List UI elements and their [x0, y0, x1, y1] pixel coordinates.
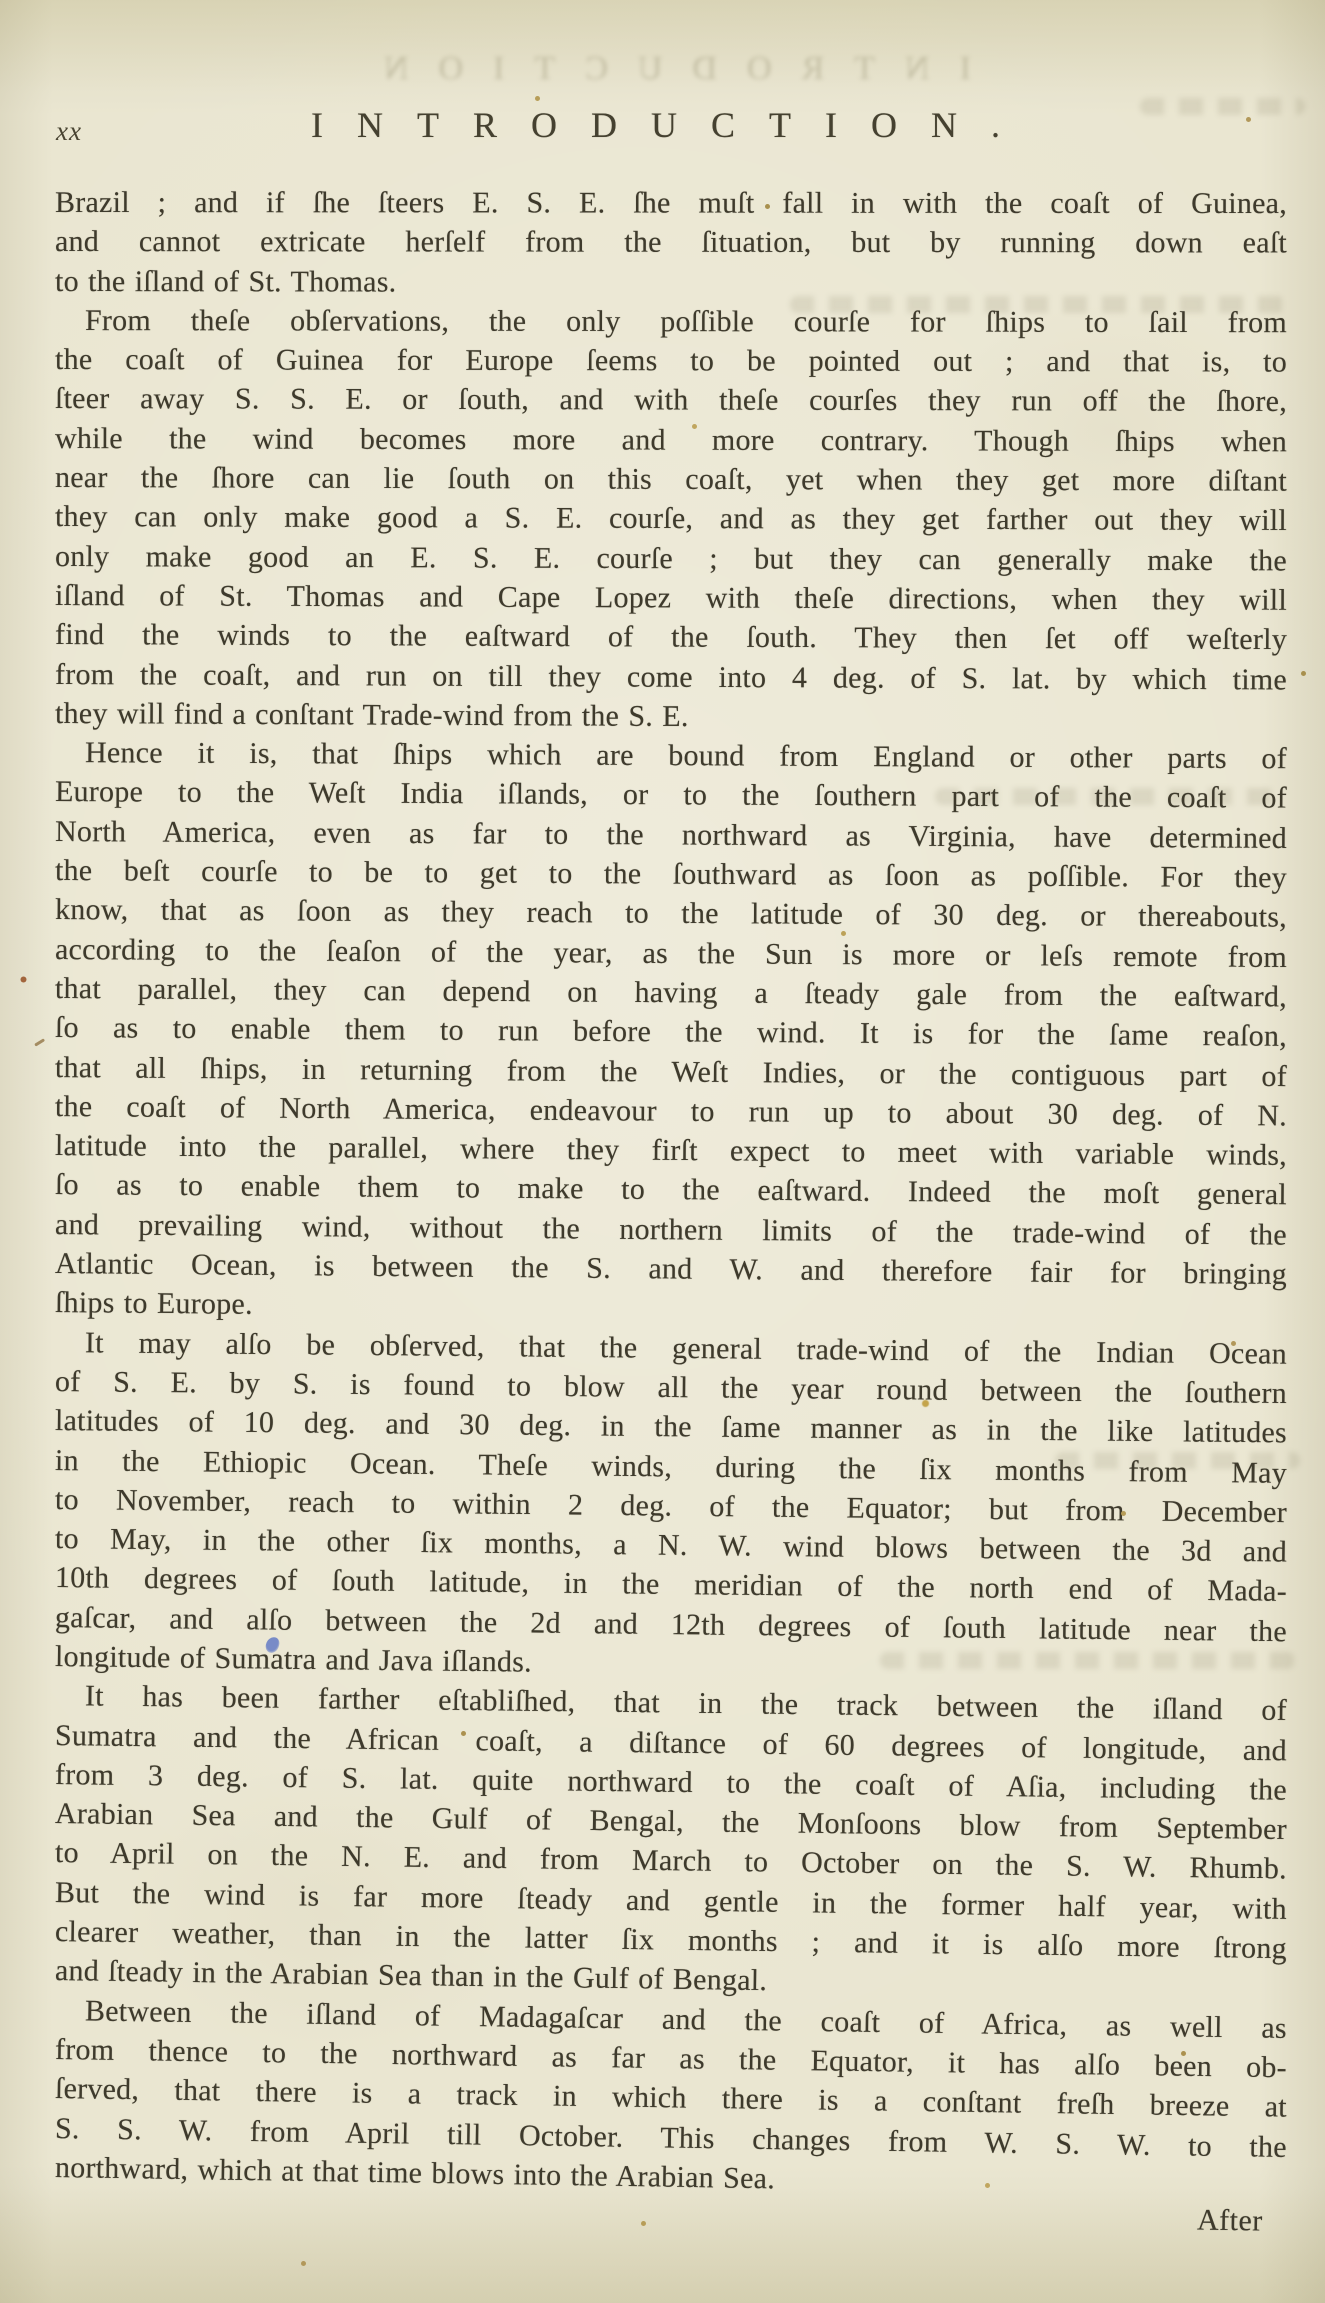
text-line: only make good an E. S. E. courſe ; but …	[55, 537, 1287, 581]
text-line: they can only make good a S. E. courſe, …	[55, 497, 1287, 540]
text-line: they will find a conſtant Trade-wind fro…	[55, 694, 1287, 739]
text-block: Brazil ; and if ſhe ſteers E. S. E. ſhe …	[55, 183, 1287, 2187]
paragraph: It has been farther eſtabliſhed, that in…	[55, 1676, 1287, 1990]
paper-speckles	[0, 0, 3, 3]
text-line: to the iſland of St. Thomas.	[55, 262, 1287, 303]
text-line: Europe to the Weſt India iſlands, or to …	[55, 772, 1287, 818]
text-line: from the coaſt, and run on till they com…	[55, 655, 1287, 700]
text-line: iſland of St. Thomas and Cape Lopez with…	[55, 576, 1287, 620]
running-title: INTRODUCTION.	[0, 104, 1325, 146]
book-page: INTRODUCTION xx INTRODUCTION. Brazil ; a…	[0, 0, 1325, 2303]
showthrough-title: INTRODUCTION	[0, 50, 1325, 88]
paragraph: It may alſo be obſerved, that the genera…	[55, 1323, 1287, 1677]
paragraph: Between the iſland of Madagaſcar and the…	[55, 1991, 1287, 2187]
paragraph: Hence it is, that ſhips which are bound …	[55, 733, 1287, 1322]
text-line: Hence it is, that ſhips which are bound …	[55, 733, 1287, 778]
text-line: find the winds to the eaſtward of the ſo…	[55, 615, 1287, 659]
text-line: near the ſhore can lie ſouth on this coa…	[55, 458, 1287, 501]
text-line: North America, even as far to the northw…	[55, 812, 1287, 858]
text-line: Brazil ; and if ſhe ſteers E. S. E. ſhe …	[55, 183, 1287, 223]
text-line: and cannot extricate herſelf from the ſi…	[55, 222, 1287, 263]
text-line: while the wind becomes more and more con…	[55, 419, 1287, 462]
paragraph: Brazil ; and if ſhe ſteers E. S. E. ſhe …	[55, 183, 1287, 301]
paper-fiber	[34, 1038, 45, 1046]
text-line: From theſe obſervations, the only poſſib…	[55, 301, 1287, 342]
catchword: After	[1197, 2203, 1263, 2238]
text-line: the coaſt of Guinea for Europe ſeems to …	[55, 340, 1287, 382]
text-line: ſteer away S. S. E. or ſouth, and with t…	[55, 379, 1287, 421]
paragraph: From theſe obſervations, the only poſſib…	[55, 301, 1287, 733]
